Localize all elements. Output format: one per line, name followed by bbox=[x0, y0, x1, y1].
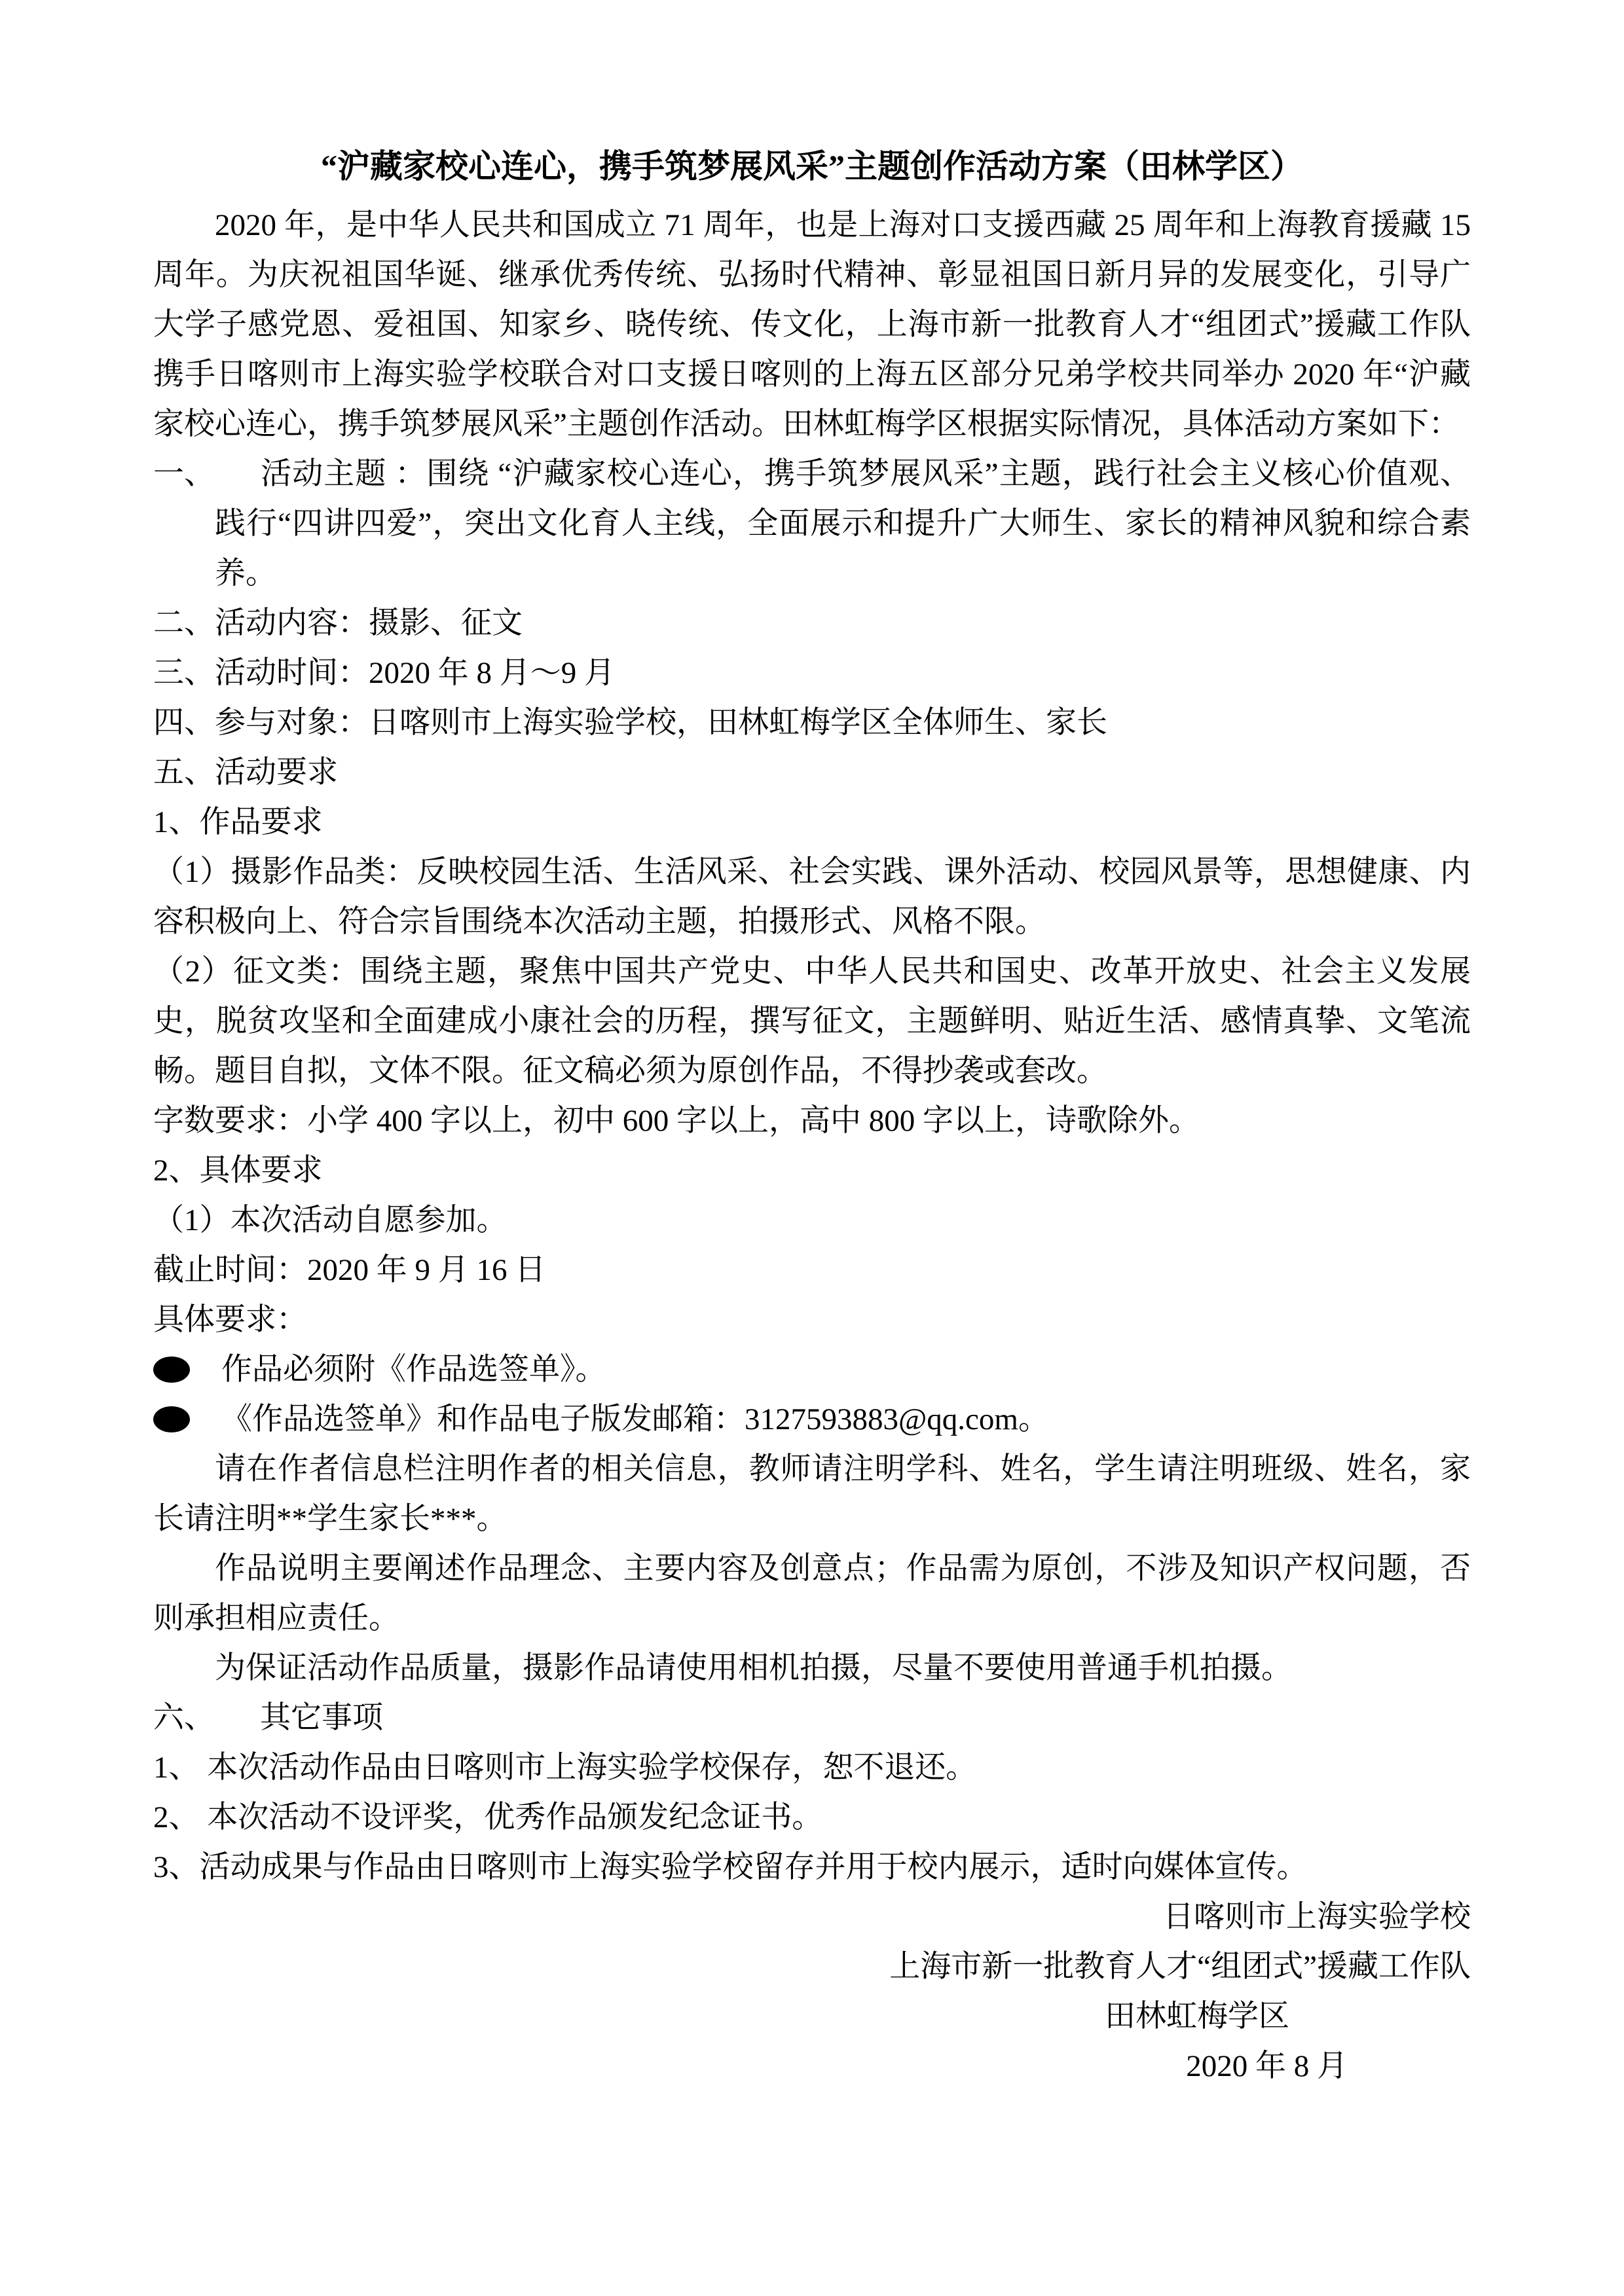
other-matter-item-display: 3、活动成果与作品由日喀则市上海实验学校留存并用于校内展示，适时向媒体宣传。 bbox=[153, 1842, 1471, 1892]
signature-school: 日喀则市上海实验学校 bbox=[153, 1892, 1471, 1942]
signature-district: 田林虹梅学区 bbox=[153, 1992, 1471, 2041]
section-text: 活动主题 ：围绕 “沪藏家校心连心，携手筑梦展风采”主题，践行社会主义核心价值观… bbox=[215, 457, 1471, 591]
other-matter-item-award: 2、 本次活动不设评奖，优秀作品颁发纪念证书。 bbox=[153, 1793, 1471, 1842]
section-marker: 一、 bbox=[153, 449, 260, 499]
section-item-time: 三、活动时间：2020 年 8 月～9 月 bbox=[153, 648, 1471, 698]
document-title: “沪藏家校心连心，携手筑梦展风采”主题创作活动方案（田林学区） bbox=[153, 139, 1471, 194]
work-description-paragraph: 作品说明主要阐述作品理念、主要内容及创意点；作品需为原创，不涉及知识产权问题，否… bbox=[153, 1544, 1471, 1643]
voluntary-participation-line: （1）本次活动自愿参加。 bbox=[153, 1195, 1471, 1245]
section-item-content: 二、活动内容：摄影、征文 bbox=[153, 598, 1471, 648]
signature-date: 2020 年 8 月 bbox=[153, 2041, 1471, 2091]
bullet-text: 《作品选签单》和作品电子版发邮箱：3127593883@qq.com。 bbox=[221, 1402, 1049, 1436]
deadline-line: 截止时间：2020 年 9 月 16 日 bbox=[153, 1245, 1471, 1295]
quality-paragraph: 为保证活动作品质量，摄影作品请使用相机拍摄，尽量不要使用普通手机拍摄。 bbox=[153, 1643, 1471, 1693]
signature-workteam: 上海市新一批教育人才“组团式”援藏工作队 bbox=[153, 1942, 1471, 1992]
bullet-text: 作品必须附《作品选签单》。 bbox=[221, 1353, 606, 1387]
section-text: 活动要求 bbox=[215, 756, 338, 790]
section-text: 其它事项 bbox=[260, 1701, 383, 1735]
section-marker: 二、 bbox=[153, 606, 215, 640]
intro-paragraph: 2020 年，是中华人民共和国成立 71 周年，也是上海对口支援西藏 25 周年… bbox=[153, 200, 1471, 449]
word-count-requirement: 字数要求：小学 400 字以上，初中 600 字以上，高中 800 字以上，诗歌… bbox=[153, 1096, 1471, 1146]
detail-requirement-header: 具体要求： bbox=[153, 1295, 1471, 1345]
bullet-icon bbox=[153, 1406, 190, 1432]
author-info-paragraph: 请在作者信息栏注明作者的相关信息，教师请注明学科、姓名，学生请注明班级、姓名，家… bbox=[153, 1444, 1471, 1544]
section-item-requirements: 五、活动要求 bbox=[153, 748, 1471, 797]
other-matter-item-keep: 1、 本次活动作品由日喀则市上海实验学校保存，恕不退还。 bbox=[153, 1743, 1471, 1793]
photo-requirement-paragraph: （1）摄影作品类：反映校园生活、生活风采、社会实践、课外活动、校园风景等，思想健… bbox=[153, 847, 1471, 947]
section-marker: 三、 bbox=[153, 656, 215, 690]
other-matters-header: 六、其它事项 bbox=[153, 1693, 1471, 1743]
specific-requirement-header: 2、具体要求 bbox=[153, 1146, 1471, 1195]
works-requirement-header: 1、作品要求 bbox=[153, 797, 1471, 847]
section-item-theme: 一、活动主题 ：围绕 “沪藏家校心连心，携手筑梦展风采”主题，践行社会主义核心价… bbox=[153, 449, 1471, 598]
section-item-participants: 四、参与对象：日喀则市上海实验学校，田林虹梅学区全体师生、家长 bbox=[153, 698, 1471, 748]
section-text: 活动内容：摄影、征文 bbox=[215, 606, 523, 640]
section-marker: 五、 bbox=[153, 756, 215, 790]
essay-requirement-paragraph: （2）征文类：围绕主题，聚焦中国共产党史、中华人民共和国史、改革开放史、社会主义… bbox=[153, 947, 1471, 1096]
bullet-item-selection-form: 作品必须附《作品选签单》。 bbox=[153, 1345, 1471, 1394]
document-page: “沪藏家校心连心，携手筑梦展风采”主题创作活动方案（田林学区） 2020 年，是… bbox=[0, 0, 1624, 2296]
section-marker: 六、 bbox=[153, 1693, 260, 1743]
bullet-item-email: 《作品选签单》和作品电子版发邮箱：3127593883@qq.com。 bbox=[153, 1394, 1471, 1444]
section-text: 参与对象：日喀则市上海实验学校，田林虹梅学区全体师生、家长 bbox=[215, 706, 1107, 740]
section-text: 活动时间：2020 年 8 月～9 月 bbox=[215, 656, 615, 690]
section-marker: 四、 bbox=[153, 706, 215, 740]
bullet-icon bbox=[153, 1357, 190, 1383]
